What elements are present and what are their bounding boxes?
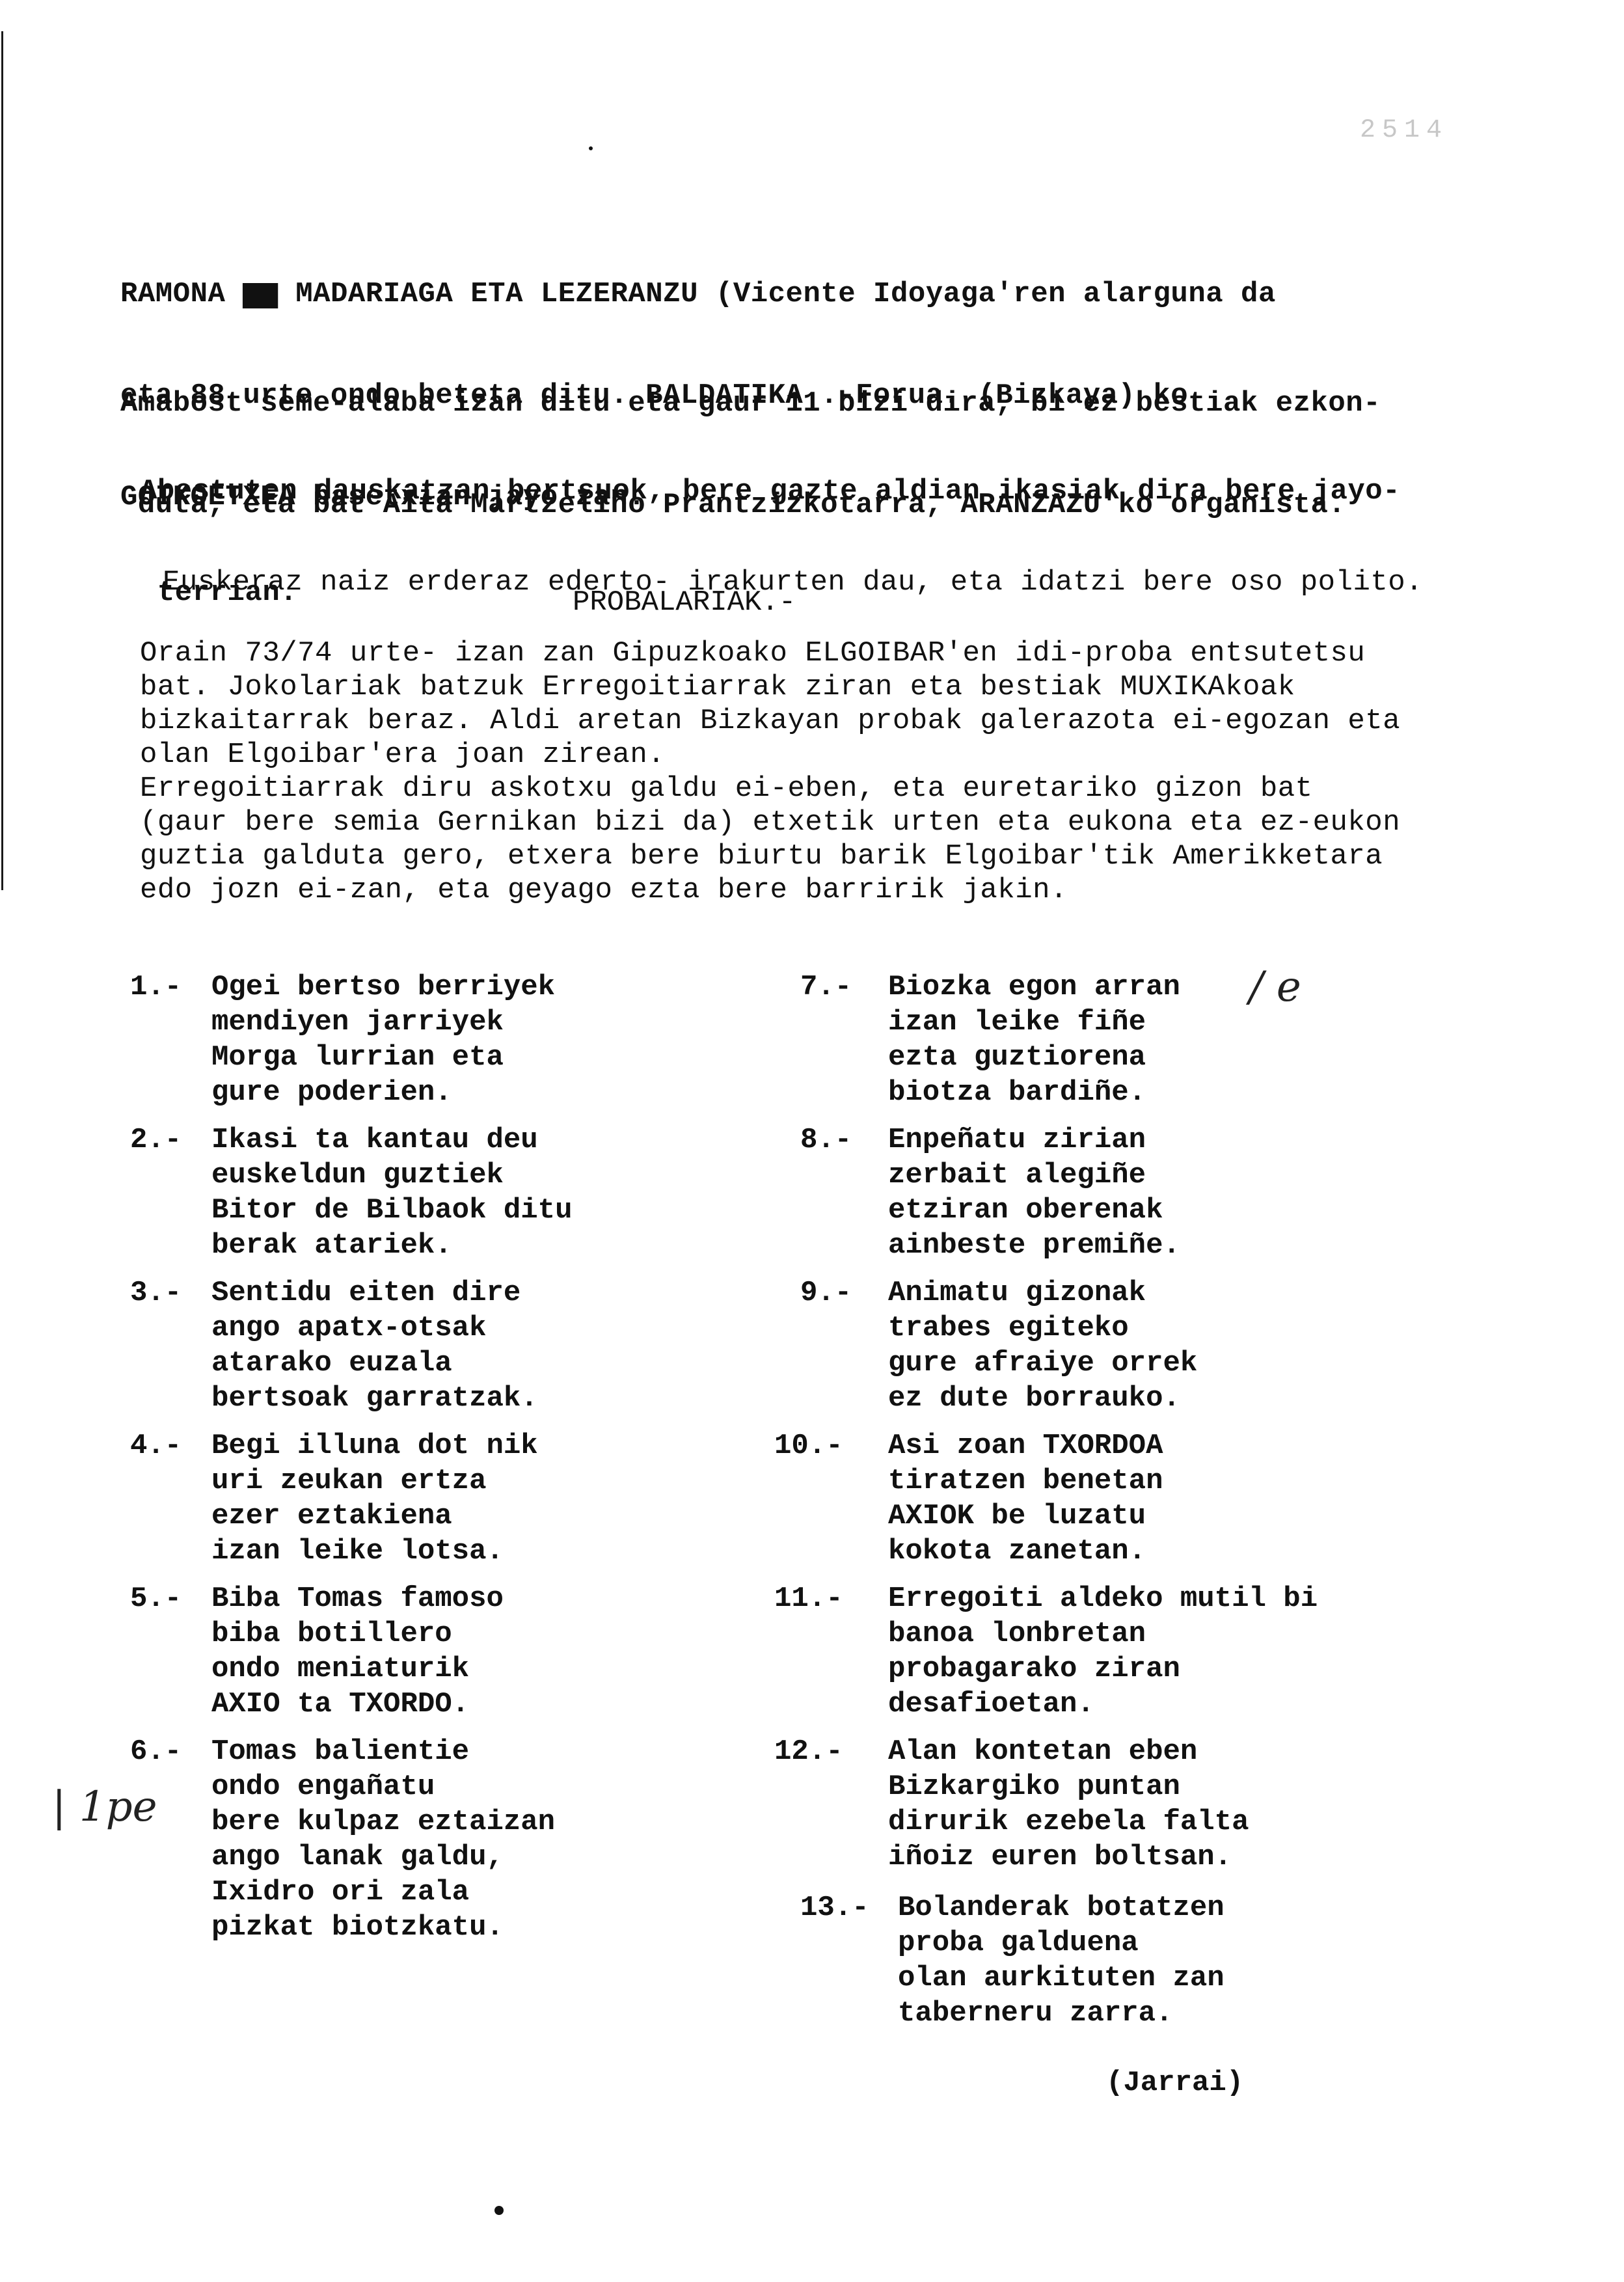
- verse-line: probagarako ziran: [888, 1651, 1318, 1687]
- text-line: Orain 73/74 urte- izan zan Gipuzkoako EL…: [140, 636, 1400, 670]
- verse-line: Tomas balientie: [211, 1734, 555, 1769]
- verse-line: izan leike fiñe: [888, 1005, 1180, 1040]
- verse-line: bere kulpaz eztaizan: [211, 1804, 555, 1840]
- verse-line: desafioetan.: [888, 1687, 1318, 1722]
- verse-number: 8.-: [800, 1122, 852, 1158]
- verse-line: Enpeñatu zirian: [888, 1122, 1180, 1158]
- verse-number: 6.-: [130, 1734, 182, 1769]
- verse-line: dirurik ezebela falta: [888, 1804, 1249, 1840]
- text-line: edo jozn ei-zan, eta geyago ezta bere ba…: [140, 873, 1400, 907]
- text-line: RAMONA ▆▆ MADARIAGA ETA LEZERANZU (Vicen…: [120, 277, 1276, 311]
- verse-number: 13.-: [800, 1890, 869, 1925]
- text-line: bat. Jokolariak batzuk Erregoitiarrak zi…: [140, 670, 1400, 704]
- verse-number: 2.-: [130, 1122, 182, 1158]
- verse-line: Begi illuna dot nik: [211, 1428, 538, 1463]
- text-line: olan Elgoibar'era joan zirean.: [140, 738, 1400, 772]
- verse-line: ainbeste premiñe.: [888, 1228, 1180, 1263]
- verse-line: AXIO ta TXORDO.: [211, 1687, 504, 1722]
- verse-number: 12.-: [774, 1734, 843, 1769]
- verse-line: ez dute borrauko.: [888, 1381, 1197, 1416]
- verse-number: 10.-: [774, 1428, 843, 1463]
- verse-line: AXIOK be luzatu: [888, 1499, 1163, 1534]
- handwritten-correction-mark: / e: [1249, 963, 1301, 1011]
- verse-line: gure afraiye orrek: [888, 1346, 1197, 1381]
- verse-line: taberneru zarra.: [898, 1996, 1225, 2031]
- verse-line: gure poderien.: [211, 1075, 555, 1110]
- verse-number: 5.-: [130, 1581, 182, 1616]
- verse-line: biba botillero: [211, 1616, 504, 1651]
- verse-line: olan aurkituten zan: [898, 1961, 1225, 1996]
- verse-line: Alan kontetan eben: [888, 1734, 1249, 1769]
- verse-line: tiratzen benetan: [888, 1463, 1163, 1499]
- verse-line: pizkat biotzkatu.: [211, 1910, 555, 1945]
- verse-line: Asi zoan TXORDOA: [888, 1428, 1163, 1463]
- verse-line: Biba Tomas famoso: [211, 1581, 504, 1616]
- verse-line: uri zeukan ertza: [211, 1463, 538, 1499]
- text-line: Erregoitiarrak diru askotxu galdu ei-ebe…: [140, 772, 1400, 806]
- verse-number: 7.-: [800, 970, 852, 1005]
- verse-line: mendiyen jarriyek: [211, 1005, 555, 1040]
- verse-line: biotza bardiñe.: [888, 1075, 1180, 1110]
- verse-line: Bolanderak botatzen: [898, 1890, 1225, 1925]
- handwritten-correction-mark: | 1pe: [52, 1783, 157, 1831]
- ink-speck: [494, 2206, 504, 2215]
- verse-number: 1.-: [130, 970, 182, 1005]
- text-line: bizkaitarrak beraz. Aldi aretan Bizkayan…: [140, 704, 1400, 738]
- verse-line: etziran oberenak: [888, 1193, 1180, 1228]
- story-paragraph: Orain 73/74 urte- izan zan Gipuzkoako EL…: [140, 636, 1400, 907]
- continued-label: (Jarrai): [1106, 2066, 1243, 2100]
- verse-line: Bitor de Bilbaok ditu: [211, 1193, 573, 1228]
- verse-number: 4.-: [130, 1428, 182, 1463]
- verse-line: Animatu gizonak: [888, 1275, 1197, 1311]
- verse-line: proba galduena: [898, 1925, 1225, 1961]
- verse-line: trabes egiteko: [888, 1311, 1197, 1346]
- verse-line: ango lanak galdu,: [211, 1840, 555, 1875]
- verse-line: kokota zanetan.: [888, 1534, 1163, 1569]
- verse-line: Sentidu eiten dire: [211, 1275, 538, 1311]
- verse-line: ondo meniaturik: [211, 1651, 504, 1687]
- verse-line: Bizkargiko puntan: [888, 1769, 1249, 1804]
- verse-line: iñoiz euren boltsan.: [888, 1840, 1249, 1875]
- verse-line: ango apatx-otsak: [211, 1311, 538, 1346]
- verse-number: 3.-: [130, 1275, 182, 1311]
- verse-line: Morga lurrian eta: [211, 1040, 555, 1075]
- verse-line: Ixidro ori zala: [211, 1875, 555, 1910]
- verse-line: ondo engañatu: [211, 1769, 555, 1804]
- verse-number: 9.-: [800, 1275, 852, 1311]
- archive-stamp: 2514: [1360, 116, 1448, 145]
- verse-number: 11.-: [774, 1581, 843, 1616]
- verse-line: Biozka egon arran: [888, 970, 1180, 1005]
- verse-line: Ogei bertso berriyek: [211, 970, 555, 1005]
- verse-line: ezer eztakiena: [211, 1499, 538, 1534]
- verse-line: izan leike lotsa.: [211, 1534, 538, 1569]
- verse-line: ezta guztiorena: [888, 1040, 1180, 1075]
- section-title: PROBALARIAK.-: [573, 586, 796, 619]
- ink-speck: [589, 146, 593, 150]
- verse-line: zerbait alegiñe: [888, 1158, 1180, 1193]
- verse-line: Erregoiti aldeko mutil bi: [888, 1581, 1318, 1616]
- verse-line: atarako euzala: [211, 1346, 538, 1381]
- verse-line: banoa lonbretan: [888, 1616, 1318, 1651]
- verse-line: berak atariek.: [211, 1228, 573, 1263]
- text-line: guztia galduta gero, etxera bere biurtu …: [140, 839, 1400, 873]
- verse-line: euskeldun guztiek: [211, 1158, 573, 1193]
- verse-line: Ikasi ta kantau deu: [211, 1122, 573, 1158]
- scan-edge-line: [1, 31, 3, 890]
- verse-line: bertsoak garratzak.: [211, 1381, 538, 1416]
- text-line: (gaur bere semia Gernikan bizi da) etxet…: [140, 806, 1400, 839]
